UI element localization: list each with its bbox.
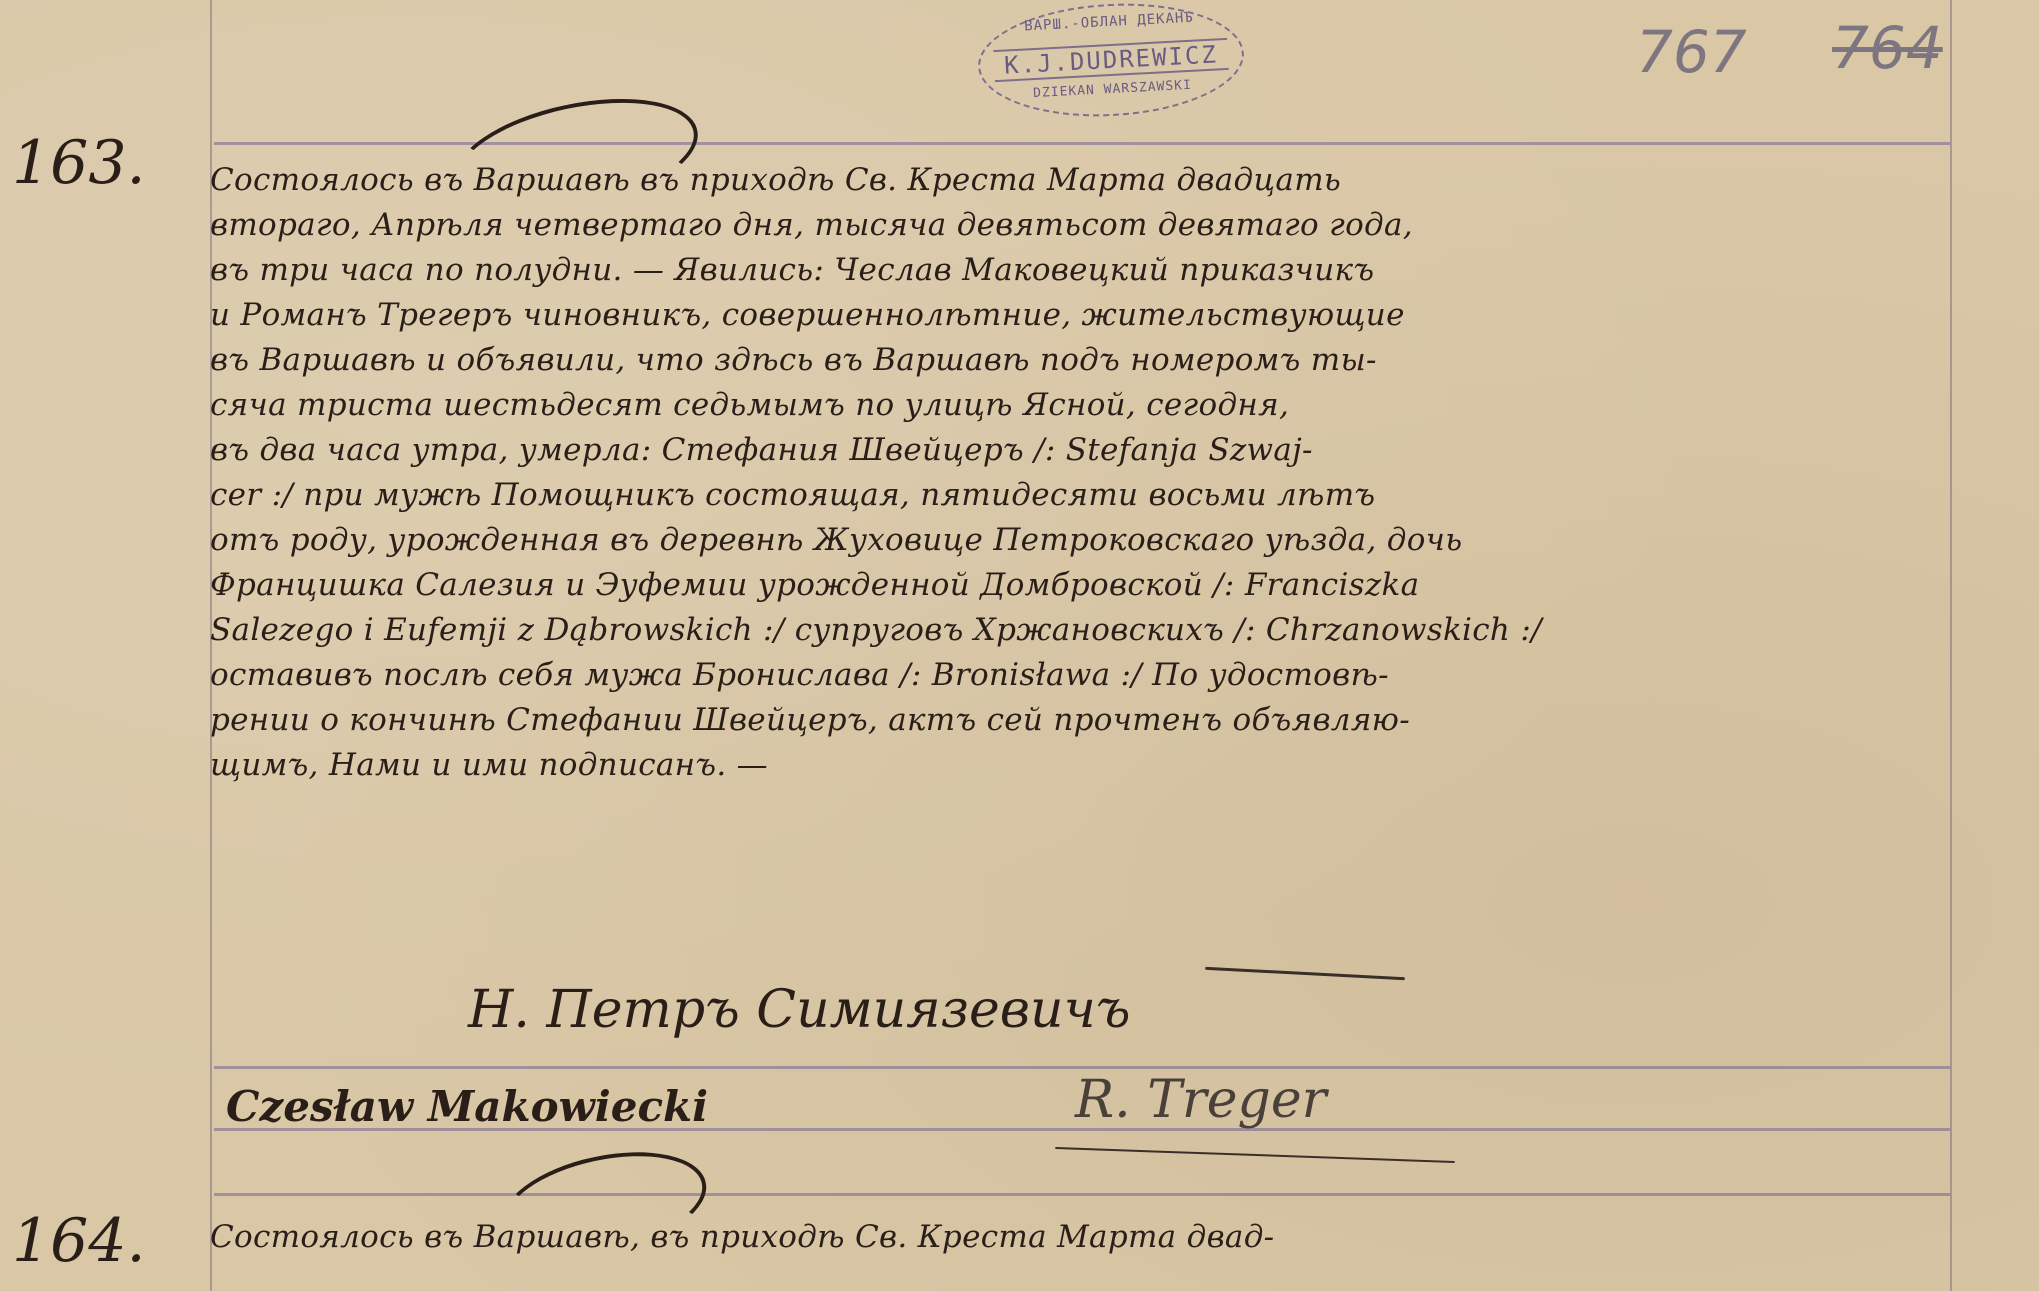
entry-164-text: Состоялось въ Варшавѣ, въ приходѣ Св. Кр… <box>210 1215 1949 1260</box>
signature-stroke <box>1205 967 1405 980</box>
text-line: рении о кончинѣ Стефании Швейцеръ, актъ … <box>210 698 1949 743</box>
official-signature: Н. Петръ Симиязевичъ <box>468 980 1131 1040</box>
entry-163-text: Состоялось въ Варшавѣ въ приходѣ Св. Кре… <box>210 158 1949 788</box>
text-line: втораго, Апрѣля четвертаго дня, тысяча д… <box>210 203 1949 248</box>
witness-signature-treger: R. Treger <box>1075 1070 1326 1130</box>
stamp-top-text: ВАРШ.-ОБЛАН ДЕКАНЪ <box>978 7 1240 37</box>
text-line: въ Варшавѣ и объявили, что здѣсь въ Варш… <box>210 338 1949 383</box>
text-line: cer :/ при мужѣ Помощникъ состоящая, пят… <box>210 473 1949 518</box>
folio-number: 767 <box>1636 18 1747 86</box>
ruled-line-signature-top <box>214 1066 1950 1069</box>
text-line: Состоялось въ Варшавѣ въ приходѣ Св. Кре… <box>210 158 1949 203</box>
text-line: въ три часа по полудни. — Явились: Чесла… <box>210 248 1949 293</box>
text-line: Salezego i Eufemji z Dąbrowskich :/ супр… <box>210 608 1949 653</box>
entry-number-163: 163. <box>12 128 146 198</box>
text-line: отъ роду, урожденная въ деревнѣ Жуховице… <box>210 518 1949 563</box>
text-line: сяча триста шестьдесят седьмымъ по улицѣ… <box>210 383 1949 428</box>
ruled-line-entry-164 <box>214 1193 1950 1196</box>
text-line: въ два часа утра, умерла: Стефания Швейц… <box>210 428 1949 473</box>
entry-number-164: 164. <box>12 1206 146 1276</box>
treger-underline <box>1055 1147 1455 1163</box>
registry-page: ВАРШ.-ОБЛАН ДЕКАНЪ K.J.DUDREWICZ DZIEKAN… <box>0 0 2039 1291</box>
archive-stamp: ВАРШ.-ОБЛАН ДЕКАНЪ K.J.DUDREWICZ DZIEKAN… <box>975 0 1246 123</box>
witness-signature-makowiecki: Czesław Makowiecki <box>226 1082 708 1131</box>
folio-number-struck: 764 <box>1832 14 1943 82</box>
stamp-main-text: K.J.DUDREWICZ <box>993 38 1228 82</box>
text-line: и Романъ Трегеръ чиновникъ, совершеннолѣ… <box>210 293 1949 338</box>
text-line: Францишка Салезия и Эуфемии урожденной Д… <box>210 563 1949 608</box>
text-line: щимъ, Нами и ими подписанъ. — <box>210 743 1949 788</box>
right-margin-rule <box>1950 0 1952 1291</box>
text-line: оставивъ послѣ себя мужа Бронислава /: B… <box>210 653 1949 698</box>
text-line: Состоялось въ Варшавѣ, въ приходѣ Св. Кр… <box>210 1215 1949 1260</box>
